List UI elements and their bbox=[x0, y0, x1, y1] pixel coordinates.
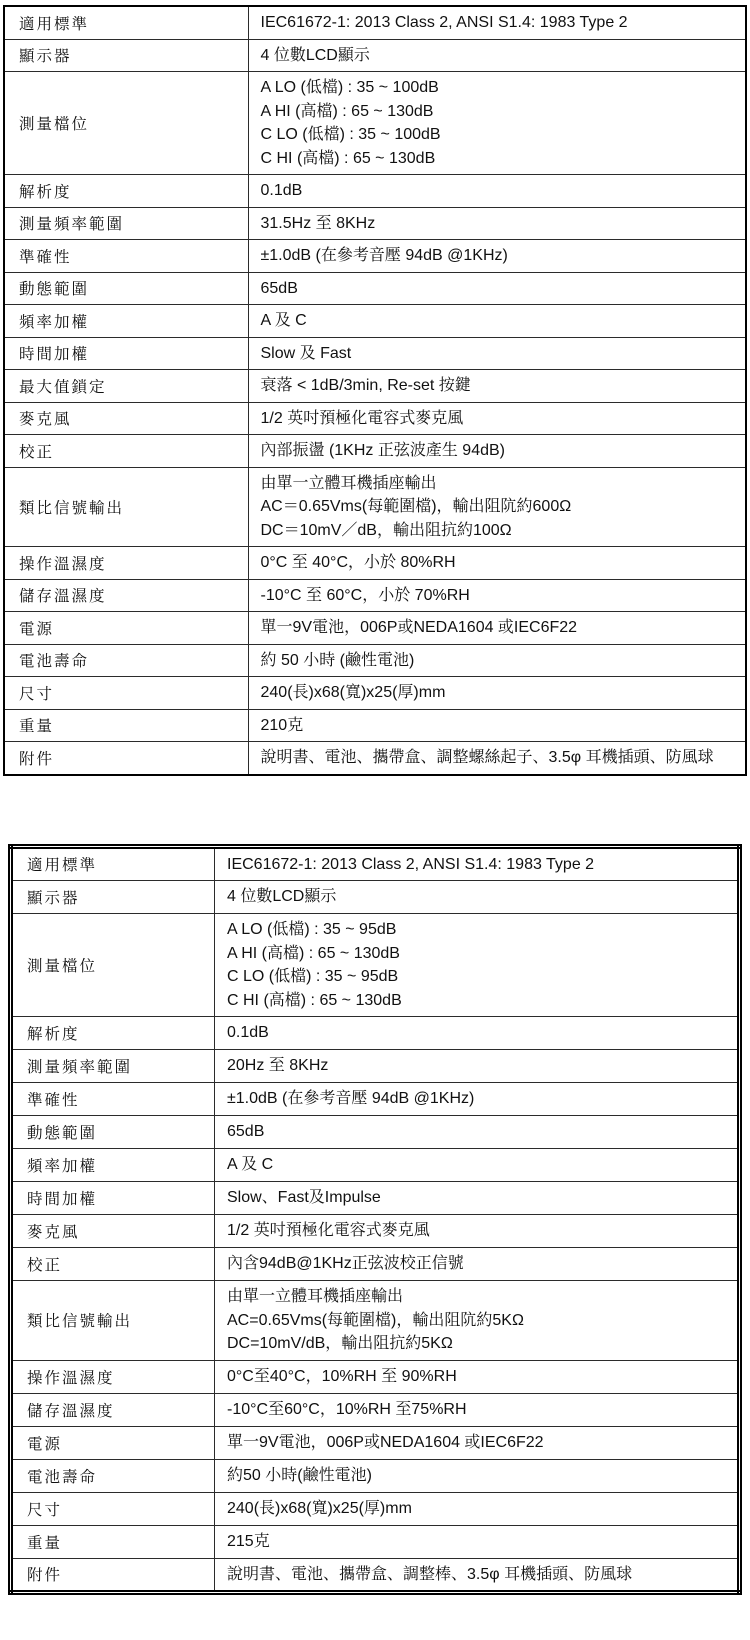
spec-value-line: 1/2 英吋預極化電容式麥克風 bbox=[261, 407, 738, 431]
spec-value: 說明書、電池、攜帶盒、調整棒、3.5φ 耳機插頭、防風球 bbox=[215, 1558, 740, 1593]
spec-value: 240(長)x68(寬)x25(厚)mm bbox=[215, 1492, 740, 1525]
table-row: 解析度0.1dB bbox=[4, 175, 746, 208]
table-row: 類比信號輸出由單一立體耳機插座輸出AC=0.65Vms(每範圍檔)，輸出阻阬約5… bbox=[11, 1281, 740, 1361]
spec-label: 準確性 bbox=[11, 1083, 215, 1116]
spec-value-line: 單一9V電池，006P或NEDA1604 或IEC6F22 bbox=[227, 1431, 729, 1455]
spec-value: 衰落 < 1dB/3min, Re-set 按鍵 bbox=[248, 370, 746, 403]
spec-label: 儲存溫濕度 bbox=[4, 579, 248, 612]
document-page: 適用標準IEC61672-1: 2013 Class 2, ANSI S1.4:… bbox=[0, 0, 750, 1600]
spec-label: 電池壽命 bbox=[4, 644, 248, 677]
spec-label: 顯示器 bbox=[4, 39, 248, 72]
spec-label: 麥克風 bbox=[11, 1215, 215, 1248]
spec-value-line: 31.5Hz 至 8KHz bbox=[261, 212, 738, 236]
spec-value-line: 0°C 至 40°C，小於 80%RH bbox=[261, 551, 738, 575]
table-row: 附件說明書、電池、攜帶盒、調整棒、3.5φ 耳機插頭、防風球 bbox=[11, 1558, 740, 1593]
table-row: 類比信號輸出由單一立體耳機插座輸出AC＝0.65Vms(每範圍檔)，輸出阻阬約6… bbox=[4, 467, 746, 547]
spec-value-line: Slow 及 Fast bbox=[261, 342, 738, 366]
spec-value-line: ±1.0dB (在參考音壓 94dB @1KHz) bbox=[261, 244, 738, 268]
spec-value: ±1.0dB (在參考音壓 94dB @1KHz) bbox=[215, 1083, 740, 1116]
spec-label: 類比信號輸出 bbox=[11, 1281, 215, 1361]
spec-value: 4 位數LCD顯示 bbox=[248, 39, 746, 72]
spec-value-line: A 及 C bbox=[261, 309, 738, 333]
table-row: 尺寸240(長)x68(寬)x25(厚)mm bbox=[4, 677, 746, 710]
spec-value-line: 約50 小時(鹼性電池) bbox=[227, 1464, 729, 1488]
spec-label: 尺寸 bbox=[4, 677, 248, 710]
spec-label: 電源 bbox=[4, 612, 248, 645]
table-row: 測量頻率範圍31.5Hz 至 8KHz bbox=[4, 207, 746, 240]
spec-value-line: 65dB bbox=[227, 1120, 729, 1144]
spec-value-line: A LO (低檔) : 35 ~ 95dB bbox=[227, 918, 729, 942]
spec-value-line: 單一9V電池，006P或NEDA1604 或IEC6F22 bbox=[261, 616, 738, 640]
table-row: 附件說明書、電池、攜帶盒、調整螺絲起子、3.5φ 耳機插頭、防風球 bbox=[4, 742, 746, 775]
table-row: 時間加權Slow 及 Fast bbox=[4, 337, 746, 370]
spec-value-line: C HI (高檔) : 65 ~ 130dB bbox=[261, 147, 738, 171]
spec-value: 說明書、電池、攜帶盒、調整螺絲起子、3.5φ 耳機插頭、防風球 bbox=[248, 742, 746, 775]
spec-value: -10°C 至 60°C，小於 70%RH bbox=[248, 579, 746, 612]
spec-value: 約 50 小時 (鹼性電池) bbox=[248, 644, 746, 677]
spec-label: 電源 bbox=[11, 1426, 215, 1459]
spec-value: 0°C至40°C，10%RH 至 90%RH bbox=[215, 1360, 740, 1393]
spec-label: 頻率加權 bbox=[11, 1149, 215, 1182]
spec-value: IEC61672-1: 2013 Class 2, ANSI S1.4: 198… bbox=[215, 846, 740, 881]
table-row: 校正內部振盪 (1KHz 正弦波產生 94dB) bbox=[4, 435, 746, 468]
spec-value-line: 0.1dB bbox=[261, 179, 738, 203]
spec-value-line: 4 位數LCD顯示 bbox=[227, 885, 729, 909]
spec-value-line: A 及 C bbox=[227, 1153, 729, 1177]
table-row: 頻率加權A 及 C bbox=[4, 305, 746, 338]
spec-value: A 及 C bbox=[215, 1149, 740, 1182]
spec-value-line: 215克 bbox=[227, 1530, 729, 1554]
spec-value-line: 240(長)x68(寬)x25(厚)mm bbox=[227, 1497, 729, 1521]
spec-value: 內部振盪 (1KHz 正弦波產生 94dB) bbox=[248, 435, 746, 468]
spec-value: 4 位數LCD顯示 bbox=[215, 881, 740, 914]
spec-label: 校正 bbox=[11, 1248, 215, 1281]
table-row: 儲存溫濕度-10°C 至 60°C，小於 70%RH bbox=[4, 579, 746, 612]
spec-label: 電池壽命 bbox=[11, 1459, 215, 1492]
spec-table-2: 適用標準IEC61672-1: 2013 Class 2, ANSI S1.4:… bbox=[8, 844, 742, 1596]
spec-value-line: IEC61672-1: 2013 Class 2, ANSI S1.4: 198… bbox=[261, 11, 738, 35]
spec-value-line: 0°C至40°C，10%RH 至 90%RH bbox=[227, 1365, 729, 1389]
spec-label: 適用標準 bbox=[4, 6, 248, 39]
spec-value-line: 由單一立體耳機插座輸出 bbox=[227, 1285, 729, 1309]
spec-value-line: C LO (低檔) : 35 ~ 95dB bbox=[227, 965, 729, 989]
spec-value: A 及 C bbox=[248, 305, 746, 338]
spec-label: 頻率加權 bbox=[4, 305, 248, 338]
spec-label: 附件 bbox=[4, 742, 248, 775]
table-row: 準確性±1.0dB (在參考音壓 94dB @1KHz) bbox=[11, 1083, 740, 1116]
spec-value-line: AC=0.65Vms(每範圍檔)，輸出阻阬約5KΩ bbox=[227, 1309, 729, 1333]
spec-label: 操作溫濕度 bbox=[11, 1360, 215, 1393]
spec-label: 操作溫濕度 bbox=[4, 547, 248, 580]
table-row: 顯示器4 位數LCD顯示 bbox=[4, 39, 746, 72]
spec-label: 儲存溫濕度 bbox=[11, 1393, 215, 1426]
spec-value: 0.1dB bbox=[215, 1017, 740, 1050]
spec-value: A LO (低檔) : 35 ~ 100dBA HI (高檔) : 65 ~ 1… bbox=[248, 72, 746, 175]
spec-value-line: 內部振盪 (1KHz 正弦波產生 94dB) bbox=[261, 439, 738, 463]
table-row: 測量頻率範圍20Hz 至 8KHz bbox=[11, 1050, 740, 1083]
spec-value-line: AC＝0.65Vms(每範圍檔)，輸出阻阬約600Ω bbox=[261, 495, 738, 519]
spec-value: 由單一立體耳機插座輸出AC＝0.65Vms(每範圍檔)，輸出阻阬約600ΩDC＝… bbox=[248, 467, 746, 547]
spec-value-line: A HI (高檔) : 65 ~ 130dB bbox=[227, 942, 729, 966]
table-row: 重量210克 bbox=[4, 709, 746, 742]
spec-value-line: IEC61672-1: 2013 Class 2, ANSI S1.4: 198… bbox=[227, 853, 729, 877]
spec-value-line: -10°C至60°C，10%RH 至75%RH bbox=[227, 1398, 729, 1422]
spec-value-line: 65dB bbox=[261, 277, 738, 301]
spec-label: 準確性 bbox=[4, 240, 248, 273]
spec-value: 單一9V電池，006P或NEDA1604 或IEC6F22 bbox=[215, 1426, 740, 1459]
spec-label: 麥克風 bbox=[4, 402, 248, 435]
spec-value-line: 210克 bbox=[261, 714, 738, 738]
spec-value: 210克 bbox=[248, 709, 746, 742]
table-row: 麥克風1/2 英吋預極化電容式麥克風 bbox=[11, 1215, 740, 1248]
spec-label: 動態範圍 bbox=[11, 1116, 215, 1149]
spec-value: 240(長)x68(寬)x25(厚)mm bbox=[248, 677, 746, 710]
spec-value-line: A HI (高檔) : 65 ~ 130dB bbox=[261, 100, 738, 124]
spec-value: 1/2 英吋預極化電容式麥克風 bbox=[215, 1215, 740, 1248]
spec-label: 測量檔位 bbox=[11, 914, 215, 1017]
spec-value: 65dB bbox=[248, 272, 746, 305]
table-row: 電池壽命約 50 小時 (鹼性電池) bbox=[4, 644, 746, 677]
spec-value-line: 240(長)x68(寬)x25(厚)mm bbox=[261, 681, 738, 705]
spec-label: 解析度 bbox=[11, 1017, 215, 1050]
spec-value-line: 說明書、電池、攜帶盒、調整螺絲起子、3.5φ 耳機插頭、防風球 bbox=[261, 746, 738, 770]
table-row: 電池壽命約50 小時(鹼性電池) bbox=[11, 1459, 740, 1492]
spec-value-line: -10°C 至 60°C，小於 70%RH bbox=[261, 584, 738, 608]
spec-value: 約50 小時(鹼性電池) bbox=[215, 1459, 740, 1492]
table-row: 電源單一9V電池，006P或NEDA1604 或IEC6F22 bbox=[4, 612, 746, 645]
spec-label: 解析度 bbox=[4, 175, 248, 208]
spec-value-line: DC＝10mV／dB，輸出阻抗約100Ω bbox=[261, 519, 738, 543]
spec-value-line: Slow、Fast及Impulse bbox=[227, 1186, 729, 1210]
table-row: 顯示器4 位數LCD顯示 bbox=[11, 881, 740, 914]
spec-value-line: 內含94dB@1KHz正弦波校正信號 bbox=[227, 1252, 729, 1276]
spec-value: 0.1dB bbox=[248, 175, 746, 208]
spec-value: IEC61672-1: 2013 Class 2, ANSI S1.4: 198… bbox=[248, 6, 746, 39]
spec-value-line: C HI (高檔) : 65 ~ 130dB bbox=[227, 989, 729, 1013]
spec-label: 校正 bbox=[4, 435, 248, 468]
spec-value-line: 4 位數LCD顯示 bbox=[261, 44, 738, 68]
spec-value: 0°C 至 40°C，小於 80%RH bbox=[248, 547, 746, 580]
spec-value: 內含94dB@1KHz正弦波校正信號 bbox=[215, 1248, 740, 1281]
spec-value-line: 20Hz 至 8KHz bbox=[227, 1054, 729, 1078]
table-row: 儲存溫濕度-10°C至60°C，10%RH 至75%RH bbox=[11, 1393, 740, 1426]
spec-value: ±1.0dB (在參考音壓 94dB @1KHz) bbox=[248, 240, 746, 273]
table-row: 解析度0.1dB bbox=[11, 1017, 740, 1050]
spec-value: A LO (低檔) : 35 ~ 95dBA HI (高檔) : 65 ~ 13… bbox=[215, 914, 740, 1017]
spec-value-line: 約 50 小時 (鹼性電池) bbox=[261, 649, 738, 673]
spec-label: 重量 bbox=[11, 1525, 215, 1558]
spec-value: Slow 及 Fast bbox=[248, 337, 746, 370]
spec-value: Slow、Fast及Impulse bbox=[215, 1182, 740, 1215]
spec-label: 適用標準 bbox=[11, 846, 215, 881]
spec-value: 215克 bbox=[215, 1525, 740, 1558]
spec-value-line: C LO (低檔) : 35 ~ 100dB bbox=[261, 123, 738, 147]
spec-table-1: 適用標準IEC61672-1: 2013 Class 2, ANSI S1.4:… bbox=[3, 5, 747, 776]
spec-label: 測量頻率範圍 bbox=[4, 207, 248, 240]
table-row: 操作溫濕度0°C 至 40°C，小於 80%RH bbox=[4, 547, 746, 580]
table-row: 時間加權Slow、Fast及Impulse bbox=[11, 1182, 740, 1215]
spec-label: 顯示器 bbox=[11, 881, 215, 914]
table-row: 頻率加權A 及 C bbox=[11, 1149, 740, 1182]
spec-value-line: 衰落 < 1dB/3min, Re-set 按鍵 bbox=[261, 374, 738, 398]
spec-label: 動態範圍 bbox=[4, 272, 248, 305]
spec-value-line: A LO (低檔) : 35 ~ 100dB bbox=[261, 76, 738, 100]
table-row: 適用標準IEC61672-1: 2013 Class 2, ANSI S1.4:… bbox=[4, 6, 746, 39]
table-row: 適用標準IEC61672-1: 2013 Class 2, ANSI S1.4:… bbox=[11, 846, 740, 881]
spec-value: 由單一立體耳機插座輸出AC=0.65Vms(每範圍檔)，輸出阻阬約5KΩDC=1… bbox=[215, 1281, 740, 1361]
table-row: 動態範圍65dB bbox=[4, 272, 746, 305]
spec-value: 1/2 英吋預極化電容式麥克風 bbox=[248, 402, 746, 435]
table-row: 準確性±1.0dB (在參考音壓 94dB @1KHz) bbox=[4, 240, 746, 273]
spec-value-line: 由單一立體耳機插座輸出 bbox=[261, 472, 738, 496]
spec-label: 類比信號輸出 bbox=[4, 467, 248, 547]
spec-value-line: DC=10mV/dB，輸出阻抗約5KΩ bbox=[227, 1332, 729, 1356]
spec-value: 20Hz 至 8KHz bbox=[215, 1050, 740, 1083]
spec-label: 測量檔位 bbox=[4, 72, 248, 175]
spec-value: 單一9V電池，006P或NEDA1604 或IEC6F22 bbox=[248, 612, 746, 645]
spec-value-line: 說明書、電池、攜帶盒、調整棒、3.5φ 耳機插頭、防風球 bbox=[227, 1563, 729, 1587]
spec-label: 測量頻率範圍 bbox=[11, 1050, 215, 1083]
spec-value-line: 1/2 英吋預極化電容式麥克風 bbox=[227, 1219, 729, 1243]
spec-value: 65dB bbox=[215, 1116, 740, 1149]
table-row: 麥克風1/2 英吋預極化電容式麥克風 bbox=[4, 402, 746, 435]
spec-label: 重量 bbox=[4, 709, 248, 742]
spec-value-line: 0.1dB bbox=[227, 1021, 729, 1045]
spec-label: 時間加權 bbox=[4, 337, 248, 370]
table-row: 操作溫濕度0°C至40°C，10%RH 至 90%RH bbox=[11, 1360, 740, 1393]
spec-value: 31.5Hz 至 8KHz bbox=[248, 207, 746, 240]
spec-value-line: ±1.0dB (在參考音壓 94dB @1KHz) bbox=[227, 1087, 729, 1111]
spec-label: 最大值鎖定 bbox=[4, 370, 248, 403]
table-row: 校正內含94dB@1KHz正弦波校正信號 bbox=[11, 1248, 740, 1281]
table-row: 動態範圍65dB bbox=[11, 1116, 740, 1149]
spec-value: -10°C至60°C，10%RH 至75%RH bbox=[215, 1393, 740, 1426]
spec-label: 附件 bbox=[11, 1558, 215, 1593]
spec-label: 尺寸 bbox=[11, 1492, 215, 1525]
table-row: 測量檔位A LO (低檔) : 35 ~ 100dBA HI (高檔) : 65… bbox=[4, 72, 746, 175]
table-row: 電源單一9V電池，006P或NEDA1604 或IEC6F22 bbox=[11, 1426, 740, 1459]
table-row: 重量215克 bbox=[11, 1525, 740, 1558]
spec-label: 時間加權 bbox=[11, 1182, 215, 1215]
table-row: 最大值鎖定衰落 < 1dB/3min, Re-set 按鍵 bbox=[4, 370, 746, 403]
table-row: 尺寸240(長)x68(寬)x25(厚)mm bbox=[11, 1492, 740, 1525]
table-row: 測量檔位A LO (低檔) : 35 ~ 95dBA HI (高檔) : 65 … bbox=[11, 914, 740, 1017]
